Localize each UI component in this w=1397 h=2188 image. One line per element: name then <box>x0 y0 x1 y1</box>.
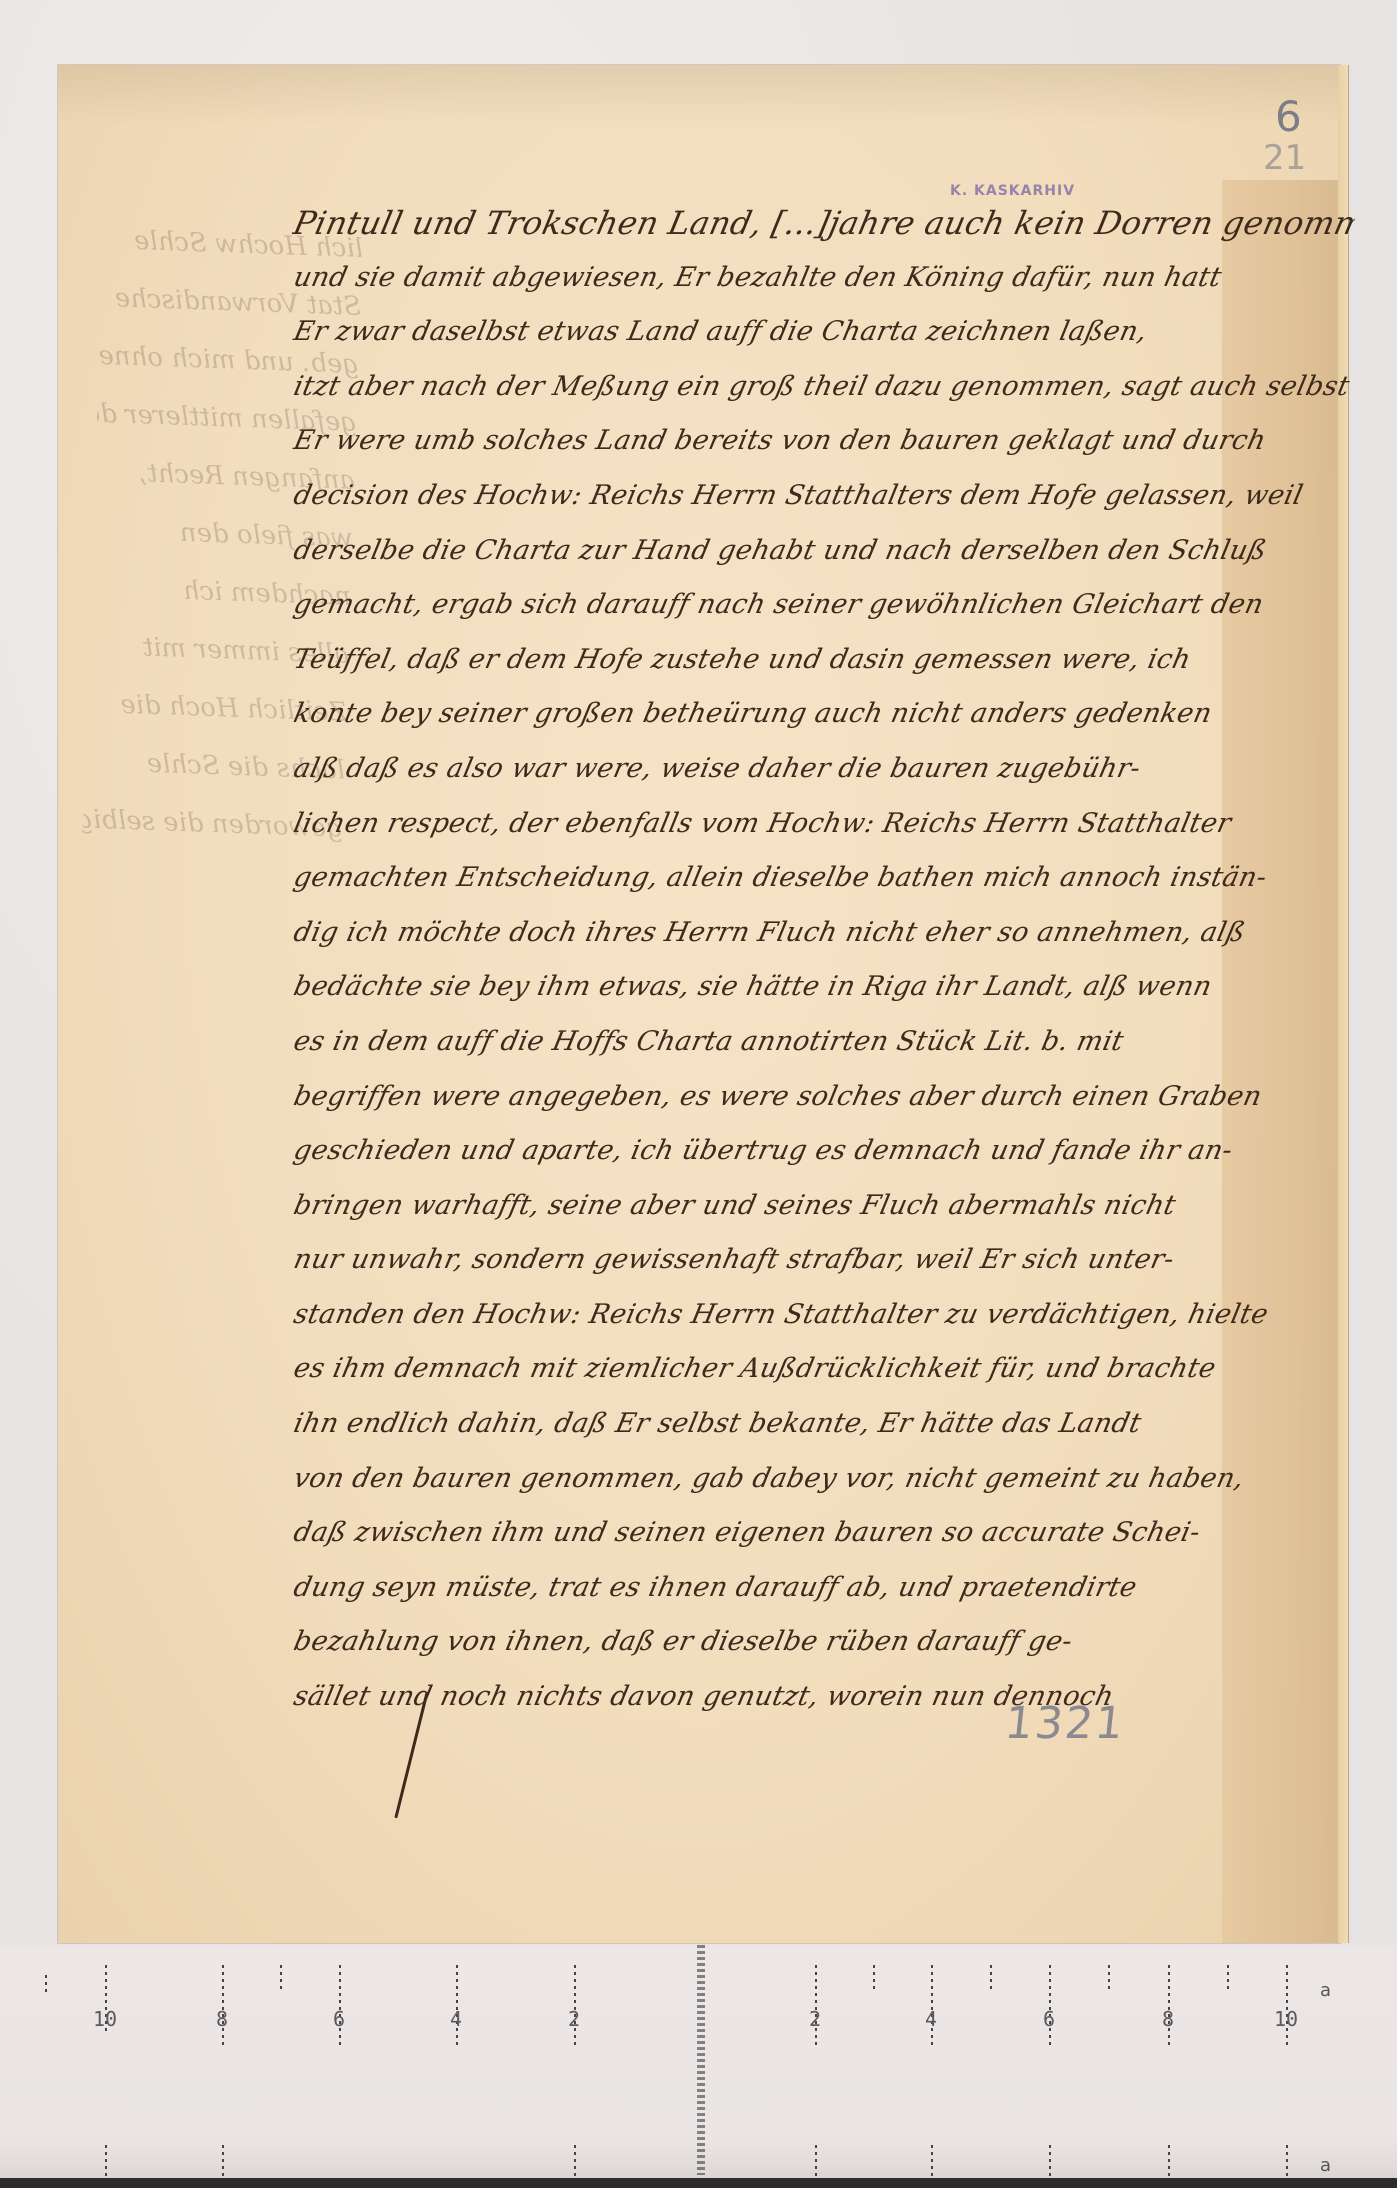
ruler-label: 8 <box>216 2007 228 2031</box>
ruler-tick <box>1227 1965 1229 1990</box>
ruler-tick <box>1049 2145 1051 2180</box>
ruler-tick <box>222 1965 224 2045</box>
ruler-label: 2 <box>809 2007 821 2031</box>
catalog-number: 1321 <box>1002 1698 1127 1749</box>
ruler-tick <box>815 1965 817 2045</box>
ruler-corner-mark: a <box>1320 1980 1331 2001</box>
text-line: Teüffel, daß er dem Hofe zustehe und das… <box>288 633 1360 688</box>
page-shadow <box>58 65 1340 125</box>
ruler-tick <box>222 2145 224 2180</box>
ruler-tick <box>105 2145 107 2180</box>
text-line: lichen respect, der ebenfalls vom Hochw:… <box>288 797 1360 852</box>
text-line: derselbe die Charta zur Hand gehabt und … <box>288 524 1360 579</box>
ruler-label: 10 <box>93 2007 117 2031</box>
text-line: dig ich möchte doch ihres Herrn Fluch ni… <box>288 906 1360 961</box>
ruler-bottom-edge <box>0 2178 1397 2188</box>
ruler-tick <box>815 2145 817 2180</box>
ruler-tick <box>1108 1965 1110 1990</box>
ruler-tick <box>574 1965 576 2045</box>
ruler-tick <box>456 1965 458 2045</box>
folio-number: 6 <box>1275 92 1302 141</box>
text-line: gemacht, ergab sich darauff nach seiner … <box>288 578 1360 633</box>
ruler-tick <box>1286 1965 1288 2045</box>
ruler-tick <box>1049 1965 1051 2045</box>
ruler-tick <box>574 2145 576 2180</box>
text-line: itzt aber nach der Meßung ein groß theil… <box>288 360 1360 415</box>
ruler-corner-mark: a <box>1320 2155 1331 2176</box>
text-line: bezahlung von ihnen, daß er dieselbe rüb… <box>288 1615 1360 1670</box>
ruler-tick <box>990 1965 992 1990</box>
ruler-tick <box>339 1965 341 2045</box>
ruler-label: 8 <box>1162 2007 1174 2031</box>
text-line: sället und noch nichts davon genutzt, wo… <box>288 1670 1360 1725</box>
text-line: standen den Hochw: Reichs Herrn Statthal… <box>288 1288 1360 1343</box>
ruler-label: 4 <box>925 2007 937 2031</box>
ruler-tick <box>931 2145 933 2180</box>
text-line: geschieden und aparte, ich übertrug es d… <box>288 1124 1360 1179</box>
folio-number-secondary: 21 <box>1263 138 1306 178</box>
ruler-label: 6 <box>333 2007 345 2031</box>
ruler-tick <box>280 1965 282 1990</box>
text-line: von den bauren genommen, gab dabey vor, … <box>288 1452 1360 1507</box>
text-line: Pintull und Trokschen Land, [...]jahre a… <box>288 196 1360 251</box>
text-line: bringen warhafft, seine aber und seines … <box>288 1179 1360 1234</box>
ruler-tick <box>873 1965 875 1990</box>
ruler-center-line <box>697 1945 705 2175</box>
text-line: ihn endlich dahin, daß Er selbst bekante… <box>288 1397 1360 1452</box>
ruler-label: 6 <box>1043 2007 1055 2031</box>
ruler-tick <box>931 1965 933 2045</box>
ruler-tick <box>1286 2145 1288 2180</box>
text-line: Er zwar daselbst etwas Land auff die Cha… <box>288 305 1360 360</box>
text-line: gemachten Entscheidung, allein dieselbe … <box>288 851 1360 906</box>
text-line: alß daß es also war were, weise daher di… <box>288 742 1360 797</box>
ruler-label: 2 <box>568 2007 580 2031</box>
text-line: es in dem auff die Hoffs Charta annotirt… <box>288 1015 1360 1070</box>
ruler-tick <box>1168 2145 1170 2180</box>
ruler-tick <box>1168 1965 1170 2045</box>
scale-ruler: 10 8 6 4 2 2 4 6 8 10 a a <box>0 1945 1397 2188</box>
text-line: begriffen were angegeben, es were solche… <box>288 1070 1360 1125</box>
text-line: Er were umb solches Land bereits von den… <box>288 414 1360 469</box>
text-line: es ihm demnach mit ziemlicher Außdrückli… <box>288 1342 1360 1397</box>
ruler-tick <box>45 1975 47 1993</box>
handwritten-text: Pintull und Trokschen Land, [...]jahre a… <box>294 196 1354 1725</box>
text-line: nur unwahr, sondern gewissenhaft strafba… <box>288 1233 1360 1288</box>
text-line: dung seyn müste, trat es ihnen darauff a… <box>288 1561 1360 1616</box>
text-line: und sie damit abgewiesen, Er bezahlte de… <box>288 251 1360 306</box>
text-line: konte bey seiner großen betheürung auch … <box>288 687 1360 742</box>
text-line: decision des Hochw: Reichs Herrn Stattha… <box>288 469 1360 524</box>
ruler-label: 10 <box>1274 2007 1298 2031</box>
ruler-label: 4 <box>450 2007 462 2031</box>
text-line: daß zwischen ihm und seinen eigenen baur… <box>288 1506 1360 1561</box>
text-line: bedächte sie bey ihm etwas, sie hätte in… <box>288 960 1360 1015</box>
